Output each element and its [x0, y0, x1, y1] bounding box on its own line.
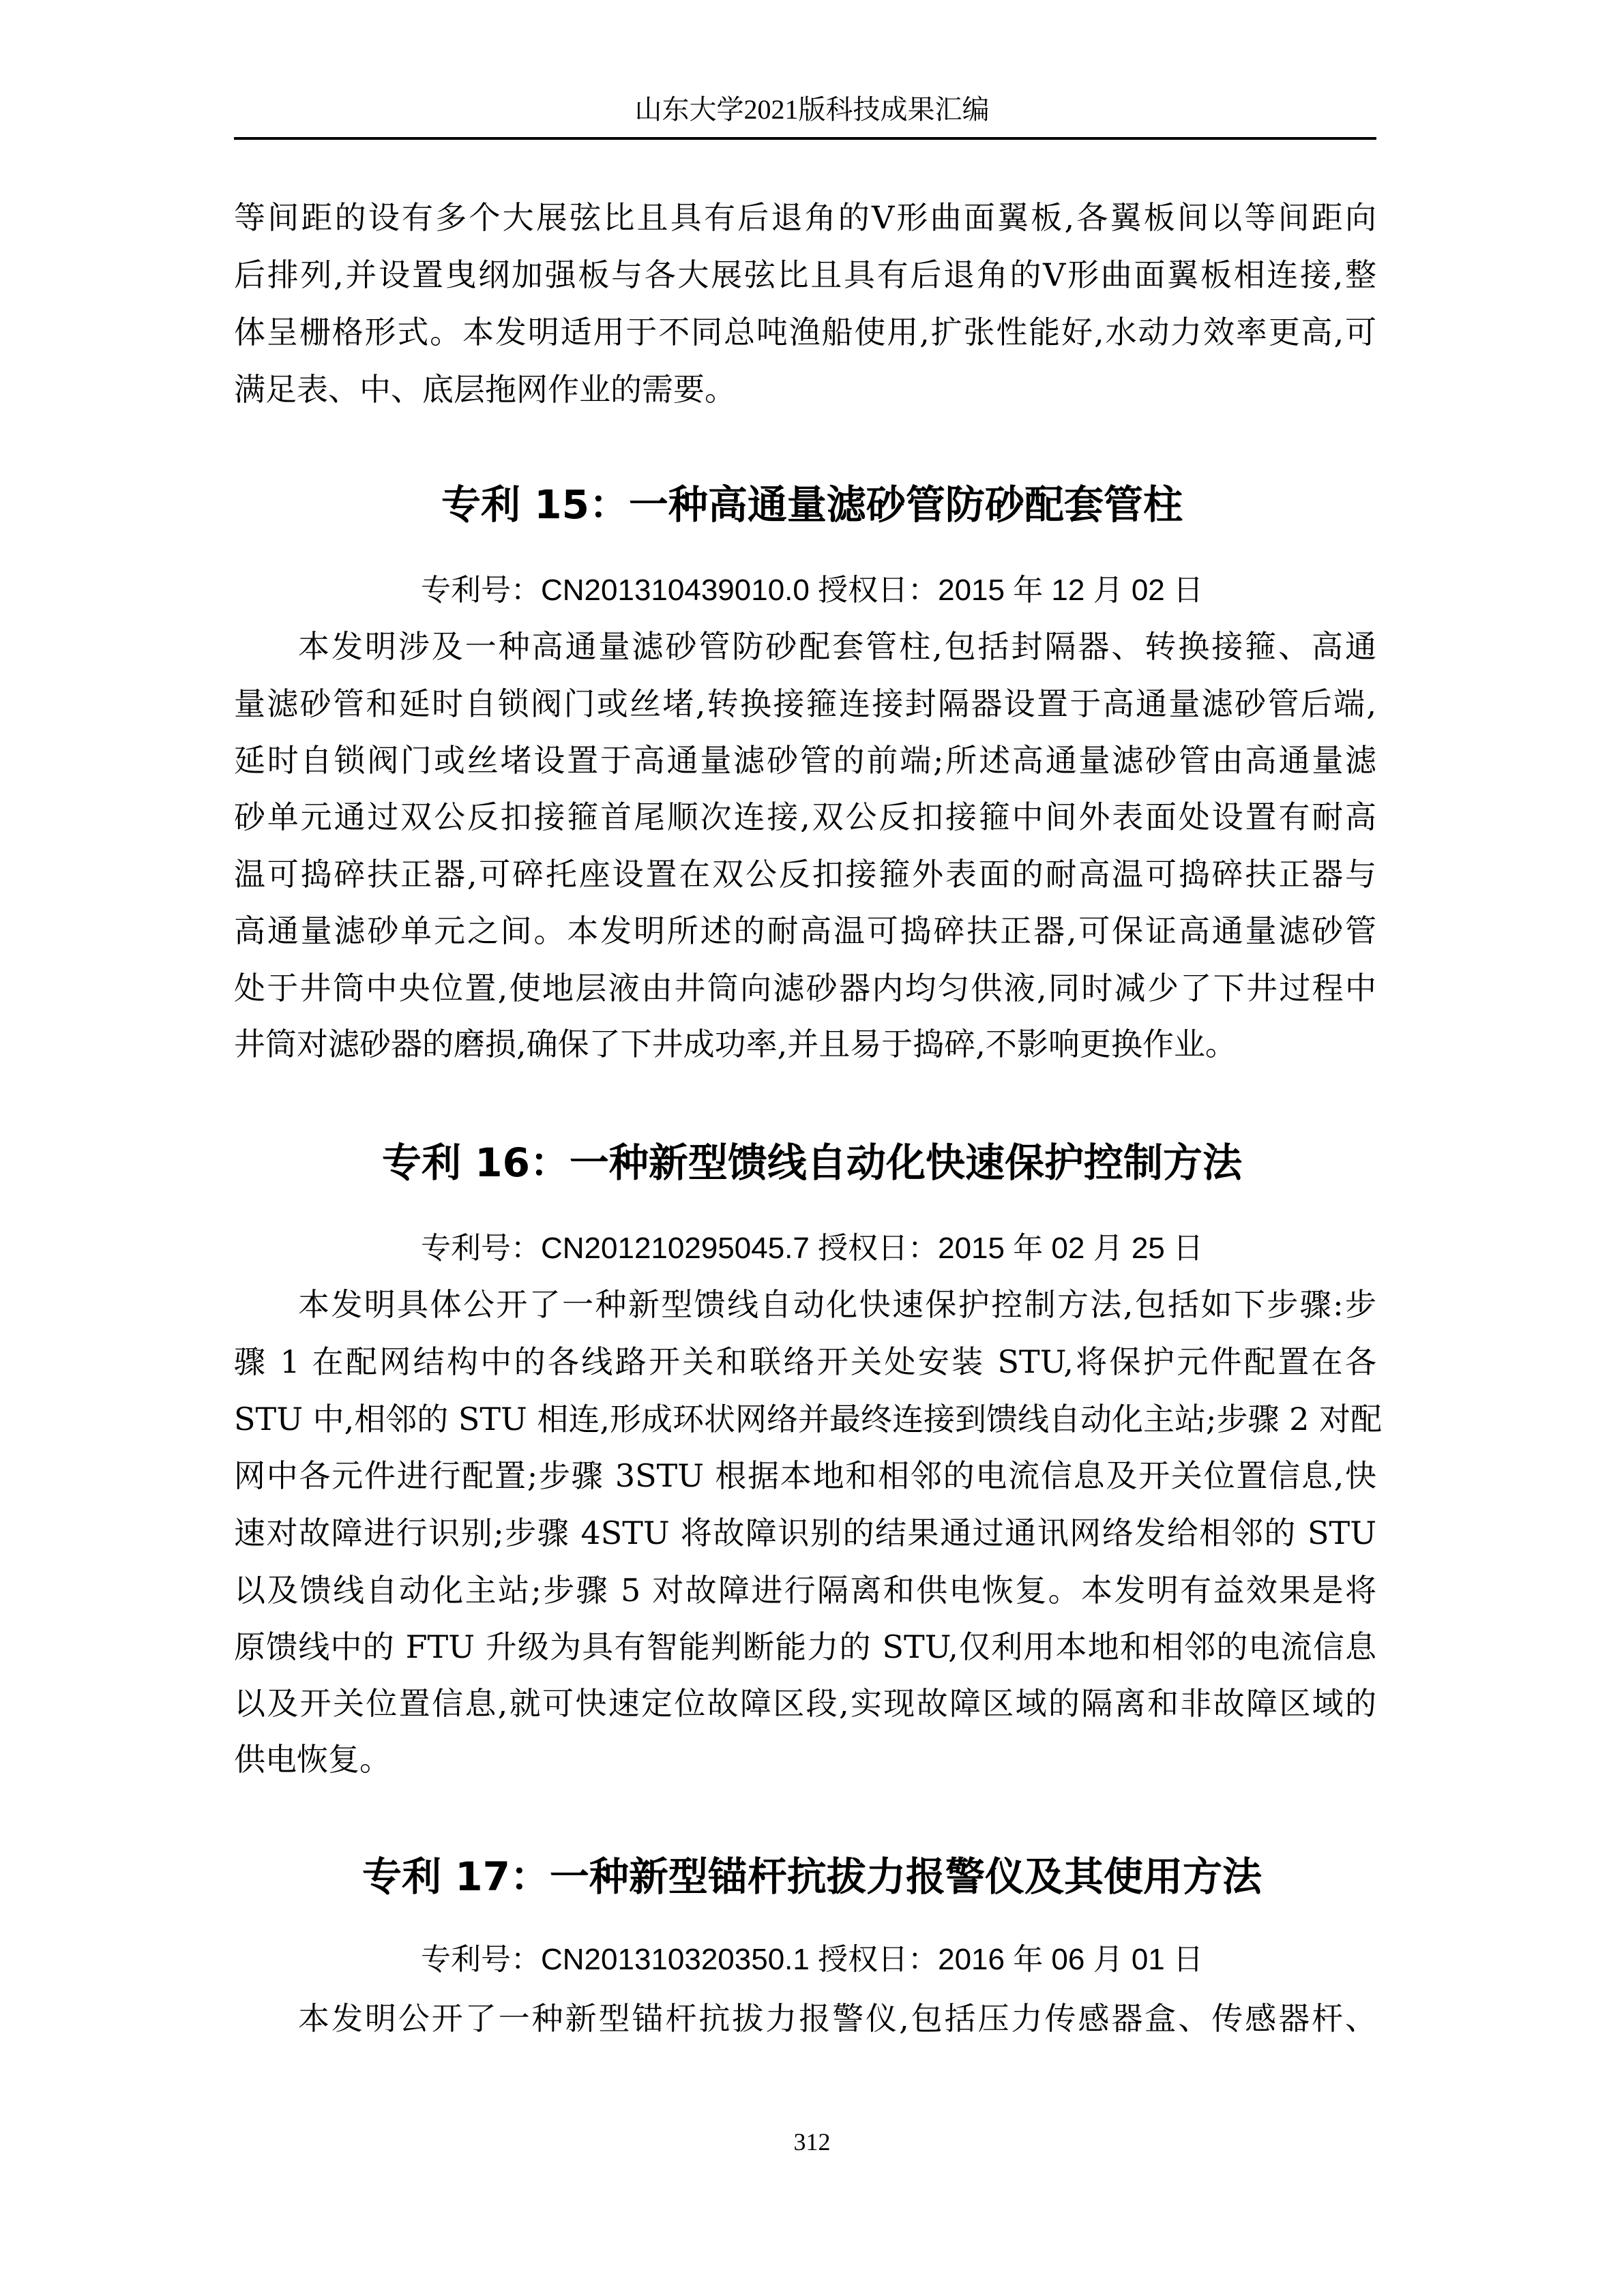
text-line: 本发明公开了一种新型锚杆抗拔力报警仪,包括压力传感器盒、传感器杆、 — [298, 1998, 1376, 2039]
text-line: 温可捣碎扶正器,可碎托座设置在双公反扣接箍外表面的耐高温可捣碎扶正器与 — [234, 854, 1376, 895]
text-line: 等间距的设有多个大展弦比且具有后退角的V形曲面翼板,各翼板间以等间距向 — [234, 197, 1376, 238]
patent-heading: 专利 17：一种新型锚杆抗拔力报警仪及其使用方法 — [0, 1851, 1624, 1903]
text-line: 以及开关位置信息,就可快速定位故障区段,实现故障区域的隔离和非故障区域的 — [234, 1683, 1376, 1724]
text-line: 体呈栅格形式。本发明适用于不同总吨渔船使用,扩张性能好,水动力效率更高,可 — [234, 312, 1376, 353]
text-line: 骤 1 在配网结构中的各线路开关和联络开关处安装 STU,将保护元件配置在各 — [234, 1341, 1376, 1382]
text-line: 延时自锁阀门或丝堵设置于高通量滤砂管的前端;所述高通量滤砂管由高通量滤 — [234, 740, 1376, 781]
text-line: 速对故障进行识别;步骤 4STU 将故障识别的结果通过通讯网络发给相邻的 STU — [234, 1512, 1376, 1553]
text-line: 满足表、中、底层拖网作业的需要。 — [234, 369, 1376, 410]
text-line: 砂单元通过双公反扣接箍首尾顺次连接,双公反扣接箍中间外表面处设置有耐高 — [234, 796, 1376, 837]
patent-meta: 专利号：CN201310320350.1 授权日：2016 年 06 月 01 … — [0, 1939, 1624, 1980]
text-line: 处于井筒中央位置,使地层液由井筒向滤砂器内均匀供液,同时减少了下井过程中 — [234, 968, 1376, 1009]
patent-meta: 专利号：CN201310439010.0 授权日：2015 年 12 月 02 … — [0, 570, 1624, 611]
patent-meta: 专利号：CN201210295045.7 授权日：2015 年 02 月 25 … — [0, 1228, 1624, 1269]
header-rule — [234, 137, 1376, 140]
text-line: 后排列,并设置曳纲加强板与各大展弦比且具有后退角的V形曲面翼板相连接,整 — [234, 254, 1376, 295]
running-header: 山东大学2021版科技成果汇编 — [0, 92, 1624, 128]
text-line: 本发明涉及一种高通量滤砂管防砂配套管柱,包括封隔器、转换接箍、高通 — [298, 626, 1376, 667]
text-line: 供电恢复。 — [234, 1739, 1376, 1780]
text-line: STU 中,相邻的 STU 相连,形成环状网络并最终连接到馈线自动化主站;步骤 … — [234, 1399, 1376, 1440]
text-line: 量滤砂管和延时自锁阀门或丝堵,转换接箍连接封隔器设置于高通量滤砂管后端, — [234, 683, 1376, 724]
patent-heading: 专利 16：一种新型馈线自动化快速保护控制方法 — [0, 1137, 1624, 1189]
text-line: 井筒对滤砂器的磨损,确保了下井成功率,并且易于捣碎,不影响更换作业。 — [234, 1024, 1376, 1064]
text-line: 本发明具体公开了一种新型馈线自动化快速保护控制方法,包括如下步骤:步 — [298, 1284, 1376, 1325]
patent-heading: 专利 15：一种高通量滤砂管防砂配套管柱 — [0, 479, 1624, 531]
text-line: 高通量滤砂单元之间。本发明所述的耐高温可捣碎扶正器,可保证高通量滤砂管 — [234, 910, 1376, 951]
text-line: 以及馈线自动化主站;步骤 5 对故障进行隔离和供电恢复。本发明有益效果是将 — [234, 1570, 1376, 1611]
text-line: 原馈线中的 FTU 升级为具有智能判断能力的 STU,仅利用本地和相邻的电流信息 — [234, 1626, 1376, 1667]
text-line: 网中各元件进行配置;步骤 3STU 根据本地和相邻的电流信息及开关位置信息,快 — [234, 1455, 1376, 1496]
page-number: 312 — [0, 2126, 1624, 2158]
